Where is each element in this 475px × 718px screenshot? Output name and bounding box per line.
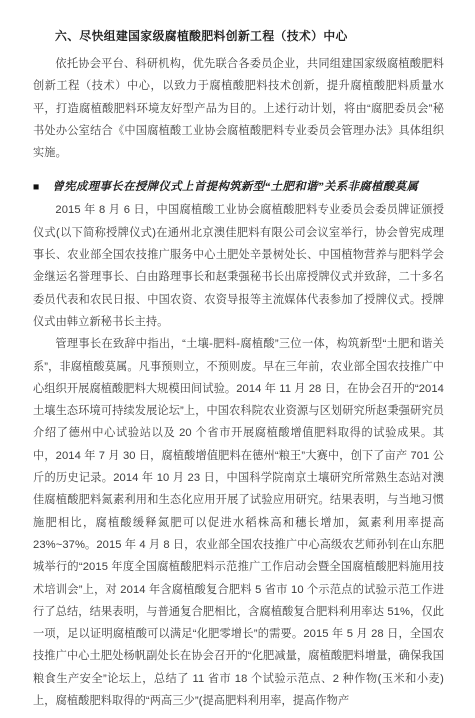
- paragraph-speech: 管理事长在致辞中指出，“土壤-肥料-腐植酸”三位一体，构筑新型“土肥和谐关系”，…: [33, 333, 444, 712]
- paragraph-intro: 依托协会平台、科研机构，优先联合各委员企业，共同组建国家级腐植酸肥料创新工程（技…: [33, 53, 444, 164]
- sub-heading: ■曾宪成理事长在授牌仪式上首提构筑新型“土肥和谐”关系非腐植酸莫属: [33, 179, 444, 195]
- paragraph-ceremony: 2015 年 8 月 6 日，中国腐植酸工业协会腐植酸肥料专业委员会委员牌证颁授…: [33, 199, 444, 333]
- bullet-square-icon: ■: [33, 179, 39, 195]
- section-heading: 六、尽快组建国家级腐植酸肥料创新工程（技术）中心: [33, 28, 444, 44]
- sub-heading-text: 曾宪成理事长在授牌仪式上首提构筑新型“土肥和谐”关系非腐植酸莫属: [52, 181, 418, 193]
- document-page: 六、尽快组建国家级腐植酸肥料创新工程（技术）中心 依托协会平台、科研机构，优先联…: [0, 0, 475, 718]
